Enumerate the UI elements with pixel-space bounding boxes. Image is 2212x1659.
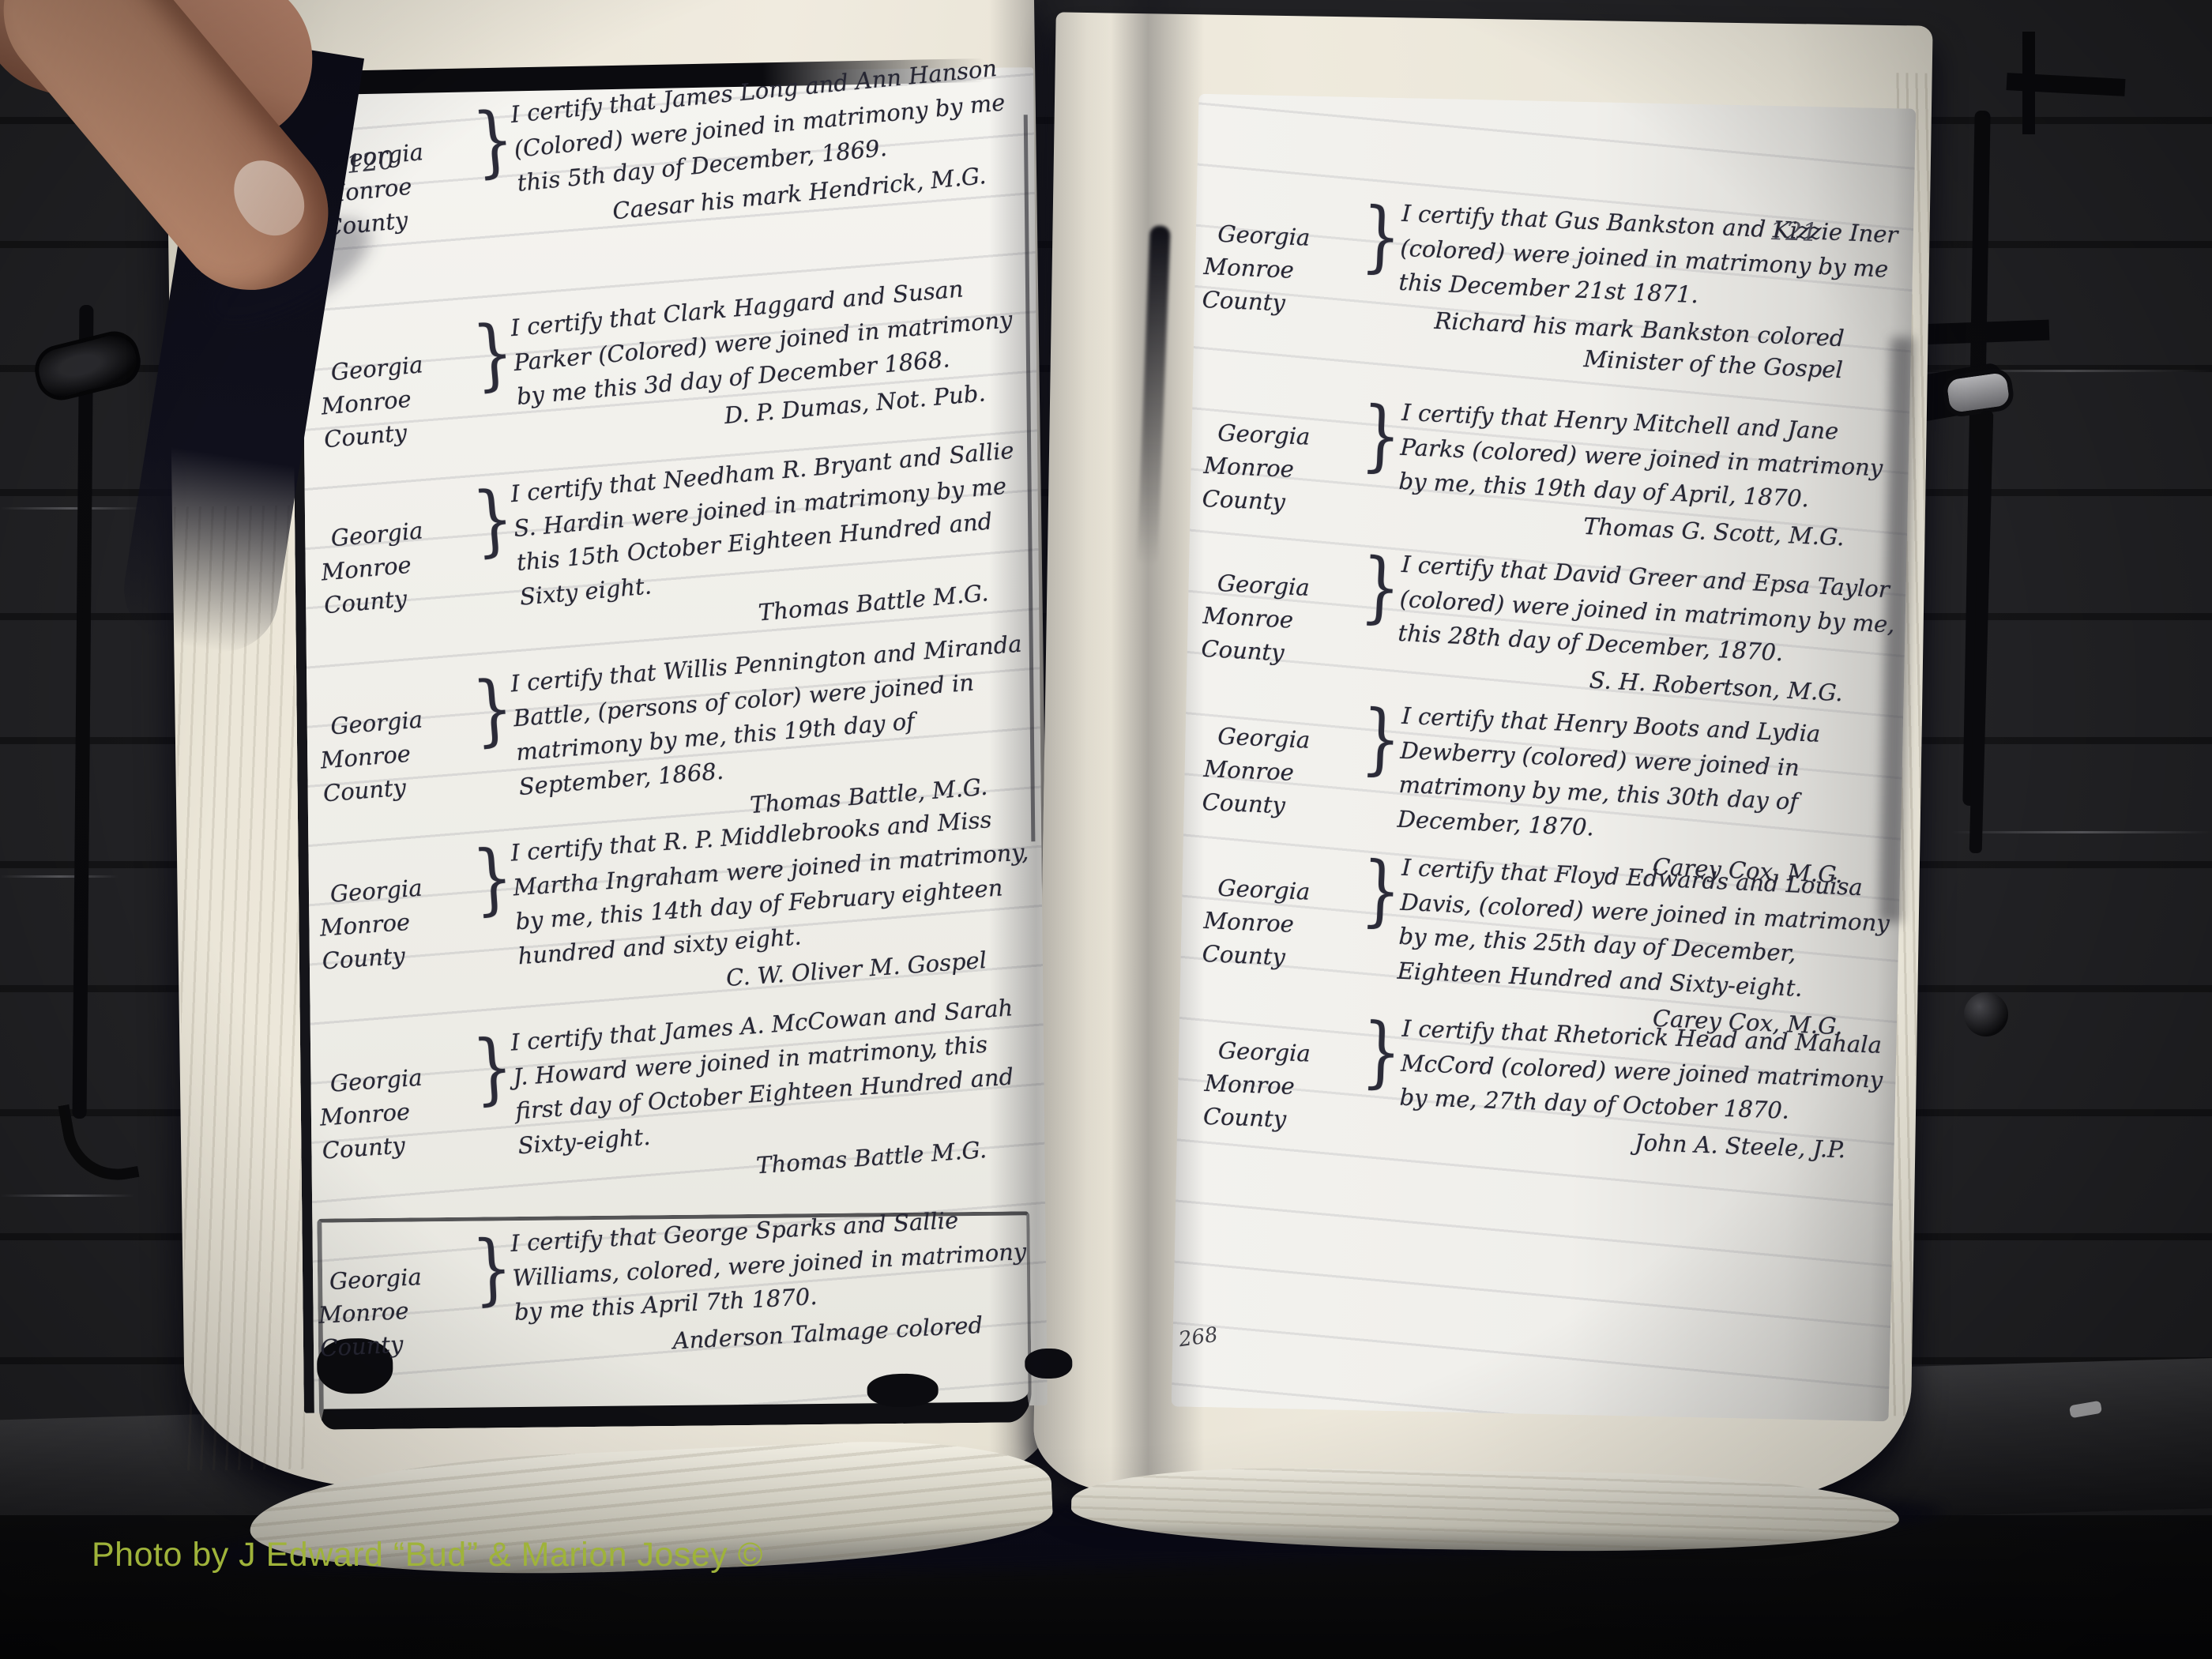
county-header: Georgia Monroe County xyxy=(1202,690,1364,826)
scratch-line xyxy=(0,1194,134,1197)
brace-icon: } xyxy=(1360,385,1403,476)
county-header: Georgia Monroe County xyxy=(1202,188,1364,323)
county-header: Georgia Monroe County xyxy=(1202,387,1364,522)
brace-icon: } xyxy=(1360,840,1403,931)
scratch-line xyxy=(0,875,118,878)
county-header: Georgia Monroe County xyxy=(314,1229,477,1365)
record-entry: Georgia Monroe County } I certify that R… xyxy=(1202,1005,1902,1168)
county-header: Georgia Monroe County xyxy=(314,839,480,978)
photographer-credit: Photo by J Edward “Bud” & Marion Josey © xyxy=(92,1536,763,1574)
record-entry: Georgia Monroe County } I certify that G… xyxy=(1200,188,1902,389)
brace-icon: } xyxy=(470,658,516,750)
county-header: Georgia Monroe County xyxy=(314,670,480,810)
brace-icon: } xyxy=(1359,536,1402,627)
record-body: I certify that Gus Bankston and Kizzie I… xyxy=(1398,197,1902,322)
scratch-line xyxy=(1951,831,2212,833)
toner-blotch xyxy=(867,1373,938,1407)
brace-icon: } xyxy=(470,828,515,920)
county-header: Georgia Monroe County xyxy=(1202,842,1364,977)
brace-icon: } xyxy=(470,1218,513,1309)
brace-icon: } xyxy=(469,468,516,560)
brace-icon: } xyxy=(1360,688,1403,779)
brace-icon: } xyxy=(1360,1002,1403,1092)
county-header: Georgia Monroe County xyxy=(314,481,481,623)
county-header: Georgia Monroe County xyxy=(1201,537,1364,673)
record-body: I certify that Henry Mitchell and Jane P… xyxy=(1398,396,1902,521)
brace-icon: } xyxy=(470,1018,515,1109)
brace-icon: } xyxy=(1360,186,1403,276)
photo-of-record-book: 120 121 268 Georgia Monroe County } I ce… xyxy=(0,0,2212,1659)
record-body: I certify that Rhetorick Head and Mahala… xyxy=(1399,1012,1902,1132)
stand-bracket-top-right-post xyxy=(2022,32,2035,134)
toner-blotch xyxy=(1025,1349,1072,1379)
left-page-fore-edge xyxy=(174,506,306,1471)
record-body: I certify that Floyd Edwards and Louisa … xyxy=(1397,851,1902,1010)
county-header: Georgia Monroe County xyxy=(314,315,481,457)
brace-icon: } xyxy=(469,89,517,182)
county-header: Georgia Monroe County xyxy=(314,1029,480,1168)
county-header: Georgia Monroe County xyxy=(1202,1005,1364,1138)
scratch-line xyxy=(0,507,142,510)
brace-icon: } xyxy=(469,303,516,394)
stand-knob-right xyxy=(1964,992,2008,1036)
record-body: I certify that Henry Boots and Lydia Dew… xyxy=(1397,699,1902,858)
